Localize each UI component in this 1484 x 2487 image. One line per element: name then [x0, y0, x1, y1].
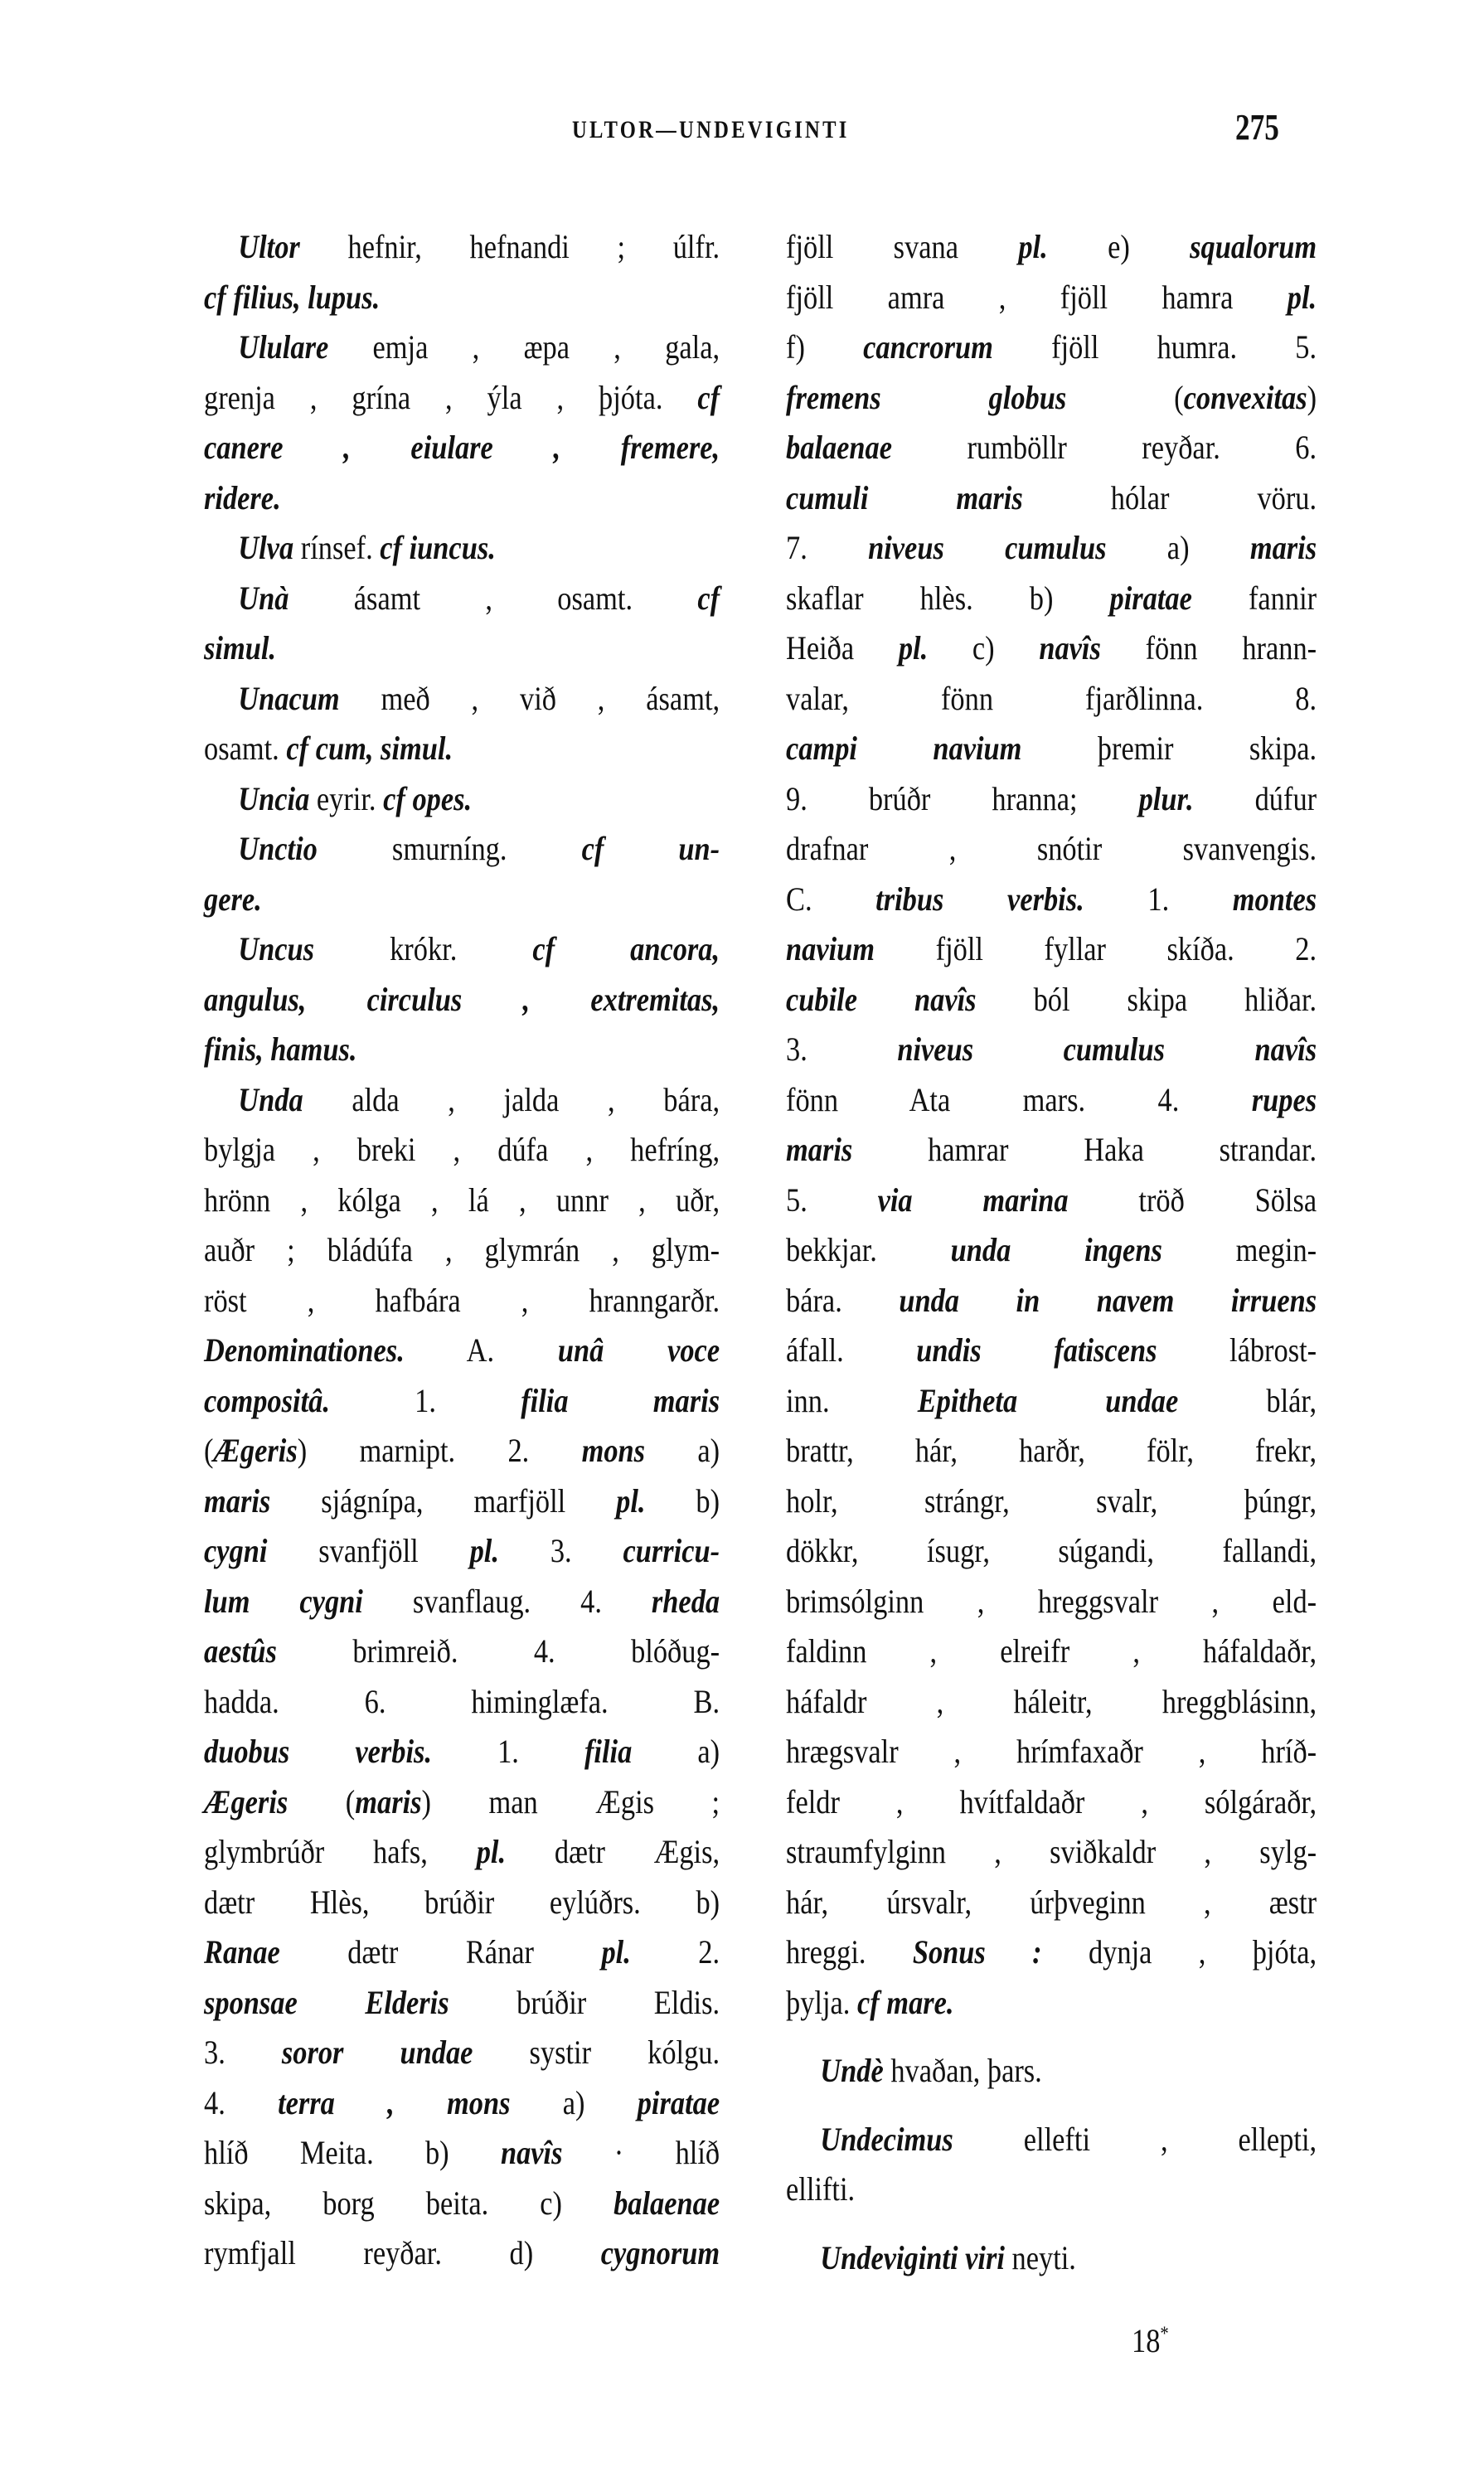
icelandic-text: skaflar hlès. b) — [786, 579, 1110, 617]
icelandic-text: a) — [510, 2084, 637, 2121]
text-line: Unda alda , jalda , bára, — [204, 1075, 720, 1126]
icelandic-text: blár, — [1178, 1382, 1317, 1419]
latin-term: piratae — [1110, 579, 1192, 617]
latin-term: cumuli maris — [786, 479, 1023, 516]
icelandic-text: fjöll amra , fjöll hamra — [786, 279, 1288, 316]
text-line: angulus, circulus , extremitas, — [204, 975, 720, 1025]
latin-term: Unà — [238, 579, 289, 617]
signature-mark: 18* — [1132, 2321, 1169, 2360]
icelandic-text: ( — [1066, 379, 1183, 416]
text-line: bylgja , breki , dúfa , hefríng, — [204, 1125, 720, 1176]
text-line: áfall. undis fatiscens lábrost- — [786, 1326, 1317, 1376]
icelandic-text: hamrar Haka strandar. — [852, 1131, 1317, 1168]
text-line: hrægsvalr , hrímfaxaðr , hríð- — [786, 1727, 1317, 1777]
text-line: canere , eiulare , fremere, — [204, 423, 720, 473]
latin-term: Unctio — [238, 830, 318, 867]
latin-term: cf ancora, — [532, 930, 720, 967]
icelandic-text: rínsef. — [293, 529, 380, 566]
icelandic-text: fjöll fyllar skíða. 2. — [875, 930, 1317, 967]
text-line: Ranae dætr Ránar pl. 2. — [204, 1927, 720, 1978]
text-line: Ulva rínsef. cf iuncus. — [204, 523, 720, 574]
text-line: campi navium þremir skipa. — [786, 724, 1317, 774]
latin-term: rupes — [1252, 1081, 1317, 1118]
text-line: balaenae rumböllr reyðar. 6. — [786, 423, 1317, 473]
right-column: fjöll svana pl. e) squalorumfjöll amra ,… — [786, 222, 1317, 2283]
latin-term: pl. — [616, 1482, 645, 1520]
icelandic-text: ellifti. — [786, 2170, 855, 2208]
text-line: maris hamrar Haka strandar. — [786, 1125, 1317, 1176]
text-line: dökkr, ísugr, súgandi, fallandi, — [786, 1526, 1317, 1577]
latin-term: filia maris — [521, 1382, 720, 1419]
icelandic-text: þylja. — [786, 1984, 857, 2021]
icelandic-text: með , við , ásamt, — [340, 680, 720, 717]
icelandic-text: megin- — [1162, 1231, 1317, 1268]
latin-term: angulus, circulus , extremitas, — [204, 981, 720, 1018]
icelandic-text: smurníng. — [318, 830, 582, 867]
latin-term: pl. — [1018, 228, 1047, 265]
latin-term: cf mare. — [857, 1984, 954, 2021]
latin-term: unda ingens — [951, 1231, 1162, 1268]
icelandic-text: inn. — [786, 1382, 918, 1419]
icelandic-text: valar, fönn fjarðlinna. 8. — [786, 680, 1317, 717]
text-line: duobus verbis. 1. filia a) — [204, 1727, 720, 1777]
icelandic-text: 3. — [204, 2034, 282, 2071]
text-line: drafnar , snótir svanvengis. — [786, 824, 1317, 875]
text-line: fönn Ata mars. 4. rupes — [786, 1075, 1317, 1126]
icelandic-text: feldr , hvítfaldaðr , sólgáraðr, — [786, 1783, 1317, 1820]
icelandic-text: hlíð Meita. b) — [204, 2134, 501, 2171]
text-line: maris sjágnípa, marfjöll pl. b) — [204, 1476, 720, 1527]
text-line: hadda. 6. himinglæfa. B. — [204, 1677, 720, 1728]
latin-term: Unda — [238, 1081, 303, 1118]
text-line: finis, hamus. — [204, 1025, 720, 1075]
icelandic-text: a) — [632, 1733, 720, 1770]
icelandic-text: hrönn , kólga , lá , unnr , uðr, — [204, 1181, 720, 1219]
text-line: simul. — [204, 623, 720, 674]
signature-number: 18 — [1132, 2322, 1160, 2359]
icelandic-text: 3. — [499, 1532, 623, 1569]
text-line: auðr ; bládúfa , glymrán , glym- — [204, 1225, 720, 1276]
text-line: cubile navîs ból skipa hliðar. — [786, 975, 1317, 1025]
icelandic-text: röst , hafbára , hranngarðr. — [204, 1282, 720, 1319]
latin-term: Sonus : — [913, 1933, 1042, 1971]
latin-term: Ultor — [238, 228, 300, 265]
latin-term: soror undae — [282, 2034, 473, 2071]
text-line: háfaldr , háleitr, hreggblásinn, — [786, 1677, 1317, 1728]
latin-term: Ranae — [204, 1933, 280, 1971]
text-line: 5. via marina tröð Sölsa — [786, 1176, 1317, 1226]
text-line: aestûs brimreið. 4. blóðug- — [204, 1626, 720, 1677]
latin-term: maris — [1250, 529, 1317, 566]
text-line: faldinn , elreifr , háfaldaðr, — [786, 1626, 1317, 1677]
text-line: brimsólginn , hreggsvalr , eld- — [786, 1577, 1317, 1627]
icelandic-text: 9. brúðr hranna; — [786, 780, 1139, 817]
latin-term: pl. — [1288, 279, 1317, 316]
latin-term: cf filius, lupus. — [204, 279, 380, 316]
icelandic-text: systir kólgu. — [473, 2034, 720, 2071]
latin-term: via marina — [878, 1181, 1069, 1219]
latin-term: undis fatiscens — [916, 1331, 1157, 1369]
latin-term: cf iuncus. — [380, 529, 496, 566]
icelandic-text: Heiða — [786, 629, 899, 667]
latin-term: pl. — [899, 629, 928, 667]
text-line: Unctio smurníng. cf un- — [204, 824, 720, 875]
text-line: fremens globus (convexitas) — [786, 373, 1317, 424]
text-line: brattr, hár, harðr, fölr, frekr, — [786, 1426, 1317, 1476]
icelandic-text: áfall. — [786, 1331, 916, 1369]
icelandic-text: dynja , þjóta, — [1042, 1933, 1317, 1971]
latin-term: Denominationes. — [204, 1331, 405, 1369]
icelandic-text: 2. — [631, 1933, 720, 1971]
icelandic-text: glymbrúðr hafs, — [204, 1833, 477, 1870]
text-line: hár, úrsvalr, úrþveginn , æstr — [786, 1878, 1317, 1928]
text-line: 9. brúðr hranna; plur. dúfur — [786, 774, 1317, 825]
icelandic-text: dætr Ránar — [280, 1933, 602, 1971]
latin-term: campi navium — [786, 730, 1021, 767]
text-line: röst , hafbára , hranngarðr. — [204, 1276, 720, 1326]
text-line: inn. Epitheta undae blár, — [786, 1376, 1317, 1427]
text-line: cumuli maris hólar vöru. — [786, 473, 1317, 524]
icelandic-text: drafnar , snótir svanvengis. — [786, 830, 1317, 867]
latin-term: Undeviginti viri — [820, 2239, 1005, 2276]
latin-term: maris — [786, 1131, 852, 1168]
latin-term: niveus cumulus — [868, 529, 1106, 566]
latin-term: squalorum — [1190, 228, 1317, 265]
latin-term: pl. — [470, 1532, 499, 1569]
text-line: bára. unda in navem irruens — [786, 1276, 1317, 1326]
icelandic-text: hefnir, hefnandi ; úlfr. — [300, 228, 720, 265]
latin-term: cf cum, simul. — [286, 730, 453, 767]
icelandic-text: ból skipa hliðar. — [977, 981, 1317, 1018]
text-line: Ululare emja , æpa , gala, — [204, 322, 720, 373]
icelandic-text: C. — [786, 880, 875, 918]
icelandic-text: 1. — [330, 1382, 521, 1419]
text-line: skipa, borg beita. c) balaenae — [204, 2179, 720, 2229]
icelandic-text: neyti. — [1005, 2239, 1076, 2276]
icelandic-text: hvaðan, þars. — [884, 2052, 1042, 2089]
text-line: dætr Hlès, brúðir eylúðrs. b) — [204, 1878, 720, 1928]
latin-term: Unacum — [238, 680, 339, 717]
text-line: 3. niveus cumulus navîs — [786, 1025, 1317, 1075]
text-line: 7. niveus cumulus a) maris — [786, 523, 1317, 574]
icelandic-text: fönn Ata mars. 4. — [786, 1081, 1252, 1118]
text-line: cygni svanfjöll pl. 3. curricu- — [204, 1526, 720, 1577]
icelandic-text: dætr Hlès, brúðir eylúðrs. b) — [204, 1883, 720, 1921]
icelandic-text: brúðir Eldis. — [449, 1984, 720, 2021]
icelandic-text: brimsólginn , hreggsvalr , eld- — [786, 1583, 1317, 1620]
latin-term: canere , eiulare , fremere, — [204, 429, 720, 466]
latin-term: cf — [697, 579, 720, 617]
latin-term: aestûs — [204, 1632, 277, 1670]
icelandic-text: e) — [1048, 228, 1190, 265]
latin-term: lum cygni — [204, 1583, 363, 1620]
latin-term: montes — [1233, 880, 1317, 918]
text-line: 4. terra , mons a) piratae — [204, 2078, 720, 2129]
latin-term: Uncia — [238, 780, 309, 817]
latin-term: compositâ. — [204, 1382, 330, 1419]
latin-term: tribus verbis. — [875, 880, 1084, 918]
icelandic-text: ) man Ægis ; — [422, 1783, 720, 1820]
text-line: Undecimus ellefti , ellepti, — [786, 2115, 1317, 2165]
icelandic-text: 1. — [432, 1733, 584, 1770]
icelandic-text: svanfjöll — [267, 1532, 469, 1569]
icelandic-text: b) — [646, 1482, 720, 1520]
text-line: lum cygni svanflaug. 4. rheda — [204, 1577, 720, 1627]
icelandic-text: skipa, borg beita. c) — [204, 2184, 613, 2222]
latin-term: unda in navem irruens — [899, 1282, 1317, 1319]
latin-term: balaenae — [613, 2184, 720, 2222]
text-line: grenja , grína , ýla , þjóta. cf — [204, 373, 720, 424]
icelandic-text: 3. — [786, 1030, 897, 1068]
icelandic-text: krókr. — [314, 930, 532, 967]
text-line: hlíð Meita. b) navîs · hlíð — [204, 2128, 720, 2179]
text-line: Unacum með , við , ásamt, — [204, 674, 720, 725]
icelandic-text: hreggi. — [786, 1933, 913, 1971]
latin-term: ridere. — [204, 479, 281, 516]
icelandic-text: tröð Sölsa — [1069, 1181, 1317, 1219]
latin-term: Ulva — [238, 529, 293, 566]
latin-term: convexitas — [1184, 379, 1307, 416]
latin-term: Ægeris — [204, 1783, 288, 1820]
icelandic-text: dætr Ægis, — [506, 1833, 720, 1870]
icelandic-text: brimreið. 4. blóðug- — [277, 1632, 720, 1670]
latin-term: gere. — [204, 880, 262, 918]
icelandic-text: eyrir. — [309, 780, 383, 817]
icelandic-text: c) — [928, 629, 1039, 667]
icelandic-text: fjöll svana — [786, 228, 1018, 265]
icelandic-text: bára. — [786, 1282, 899, 1319]
latin-term: niveus cumulus navîs — [897, 1030, 1317, 1068]
icelandic-text: a) — [645, 1432, 720, 1469]
running-head: ULTOR—UNDEVIGINTI — [572, 116, 980, 144]
text-line: osamt. cf cum, simul. — [204, 724, 720, 774]
latin-term: navîs — [1039, 629, 1101, 667]
text-line: cf filius, lupus. — [204, 273, 720, 323]
icelandic-text: brattr, hár, harðr, fölr, frekr, — [786, 1432, 1317, 1469]
text-line: 3. soror undae systir kólgu. — [204, 2028, 720, 2078]
text-line: fjöll svana pl. e) squalorum — [786, 222, 1317, 273]
latin-term: cygni — [204, 1532, 267, 1569]
text-line: ellifti. — [786, 2165, 1317, 2215]
icelandic-text: hólar vöru. — [1023, 479, 1317, 516]
icelandic-text: ( — [288, 1783, 355, 1820]
icelandic-text: rumböllr reyðar. 6. — [892, 429, 1317, 466]
text-line: Heiða pl. c) navîs fönn hrann- — [786, 623, 1317, 674]
latin-term: Epitheta undae — [918, 1382, 1179, 1419]
icelandic-text: holr, strángr, svalr, þúngr, — [786, 1482, 1317, 1520]
icelandic-text: A. — [405, 1331, 558, 1369]
latin-term: Uncus — [238, 930, 314, 967]
latin-term: cf opes. — [383, 780, 472, 817]
latin-term: fremens globus — [786, 379, 1066, 416]
icelandic-text: fannir — [1192, 579, 1317, 617]
icelandic-text: 4. — [204, 2084, 278, 2121]
text-line: rymfjall reyðar. d) cygnorum — [204, 2228, 720, 2279]
icelandic-text: grenja , grína , ýla , þjóta. — [204, 379, 697, 416]
icelandic-text: auðr ; bládúfa , glymrán , glym- — [204, 1231, 720, 1268]
latin-term: filia — [584, 1733, 632, 1770]
text-line: skaflar hlès. b) piratae fannir — [786, 574, 1317, 624]
latin-term: duobus verbis. — [204, 1733, 432, 1770]
icelandic-text: emja , æpa , gala, — [328, 328, 720, 366]
latin-term: cf — [697, 379, 720, 416]
icelandic-text: a) — [1107, 529, 1250, 566]
text-line: bekkjar. unda ingens megin- — [786, 1225, 1317, 1276]
icelandic-text: háfaldr , háleitr, hreggblásinn, — [786, 1683, 1317, 1720]
icelandic-text: hrægsvalr , hrímfaxaðr , hríð- — [786, 1733, 1317, 1770]
latin-term: unâ voce — [558, 1331, 720, 1369]
text-line: Denominationes. A. unâ voce — [204, 1326, 720, 1376]
latin-term: sponsae Elderis — [204, 1984, 449, 2021]
text-line: valar, fönn fjarðlinna. 8. — [786, 674, 1317, 725]
icelandic-text: f) — [786, 328, 863, 366]
icelandic-text: straumfylginn , sviðkaldr , sylg- — [786, 1833, 1317, 1870]
icelandic-text: alda , jalda , bára, — [303, 1081, 720, 1118]
latin-term: cygnorum — [601, 2234, 720, 2271]
text-line: (Ægeris) marnipt. 2. mons a) — [204, 1426, 720, 1476]
icelandic-text: 5. — [786, 1181, 878, 1219]
icelandic-text: dúfur — [1194, 780, 1317, 817]
latin-term: rheda — [652, 1583, 720, 1620]
latin-term: Undecimus — [820, 2121, 953, 2158]
icelandic-text: ) marnipt. 2. — [298, 1432, 582, 1469]
text-line: Ultor hefnir, hefnandi ; úlfr. — [204, 222, 720, 273]
latin-term: navium — [786, 930, 875, 967]
latin-term: balaenae — [786, 429, 892, 466]
latin-term: terra , mons — [278, 2084, 510, 2121]
latin-term: Ægeris — [213, 1432, 297, 1469]
icelandic-text: dökkr, ísugr, súgandi, fallandi, — [786, 1532, 1317, 1569]
text-line: holr, strángr, svalr, þúngr, — [786, 1476, 1317, 1527]
text-line: hrönn , kólga , lá , unnr , uðr, — [204, 1176, 720, 1226]
icelandic-text: faldinn , elreifr , háfaldaðr, — [786, 1632, 1317, 1670]
text-line: Ægeris (maris) man Ægis ; — [204, 1777, 720, 1828]
text-line: fjöll amra , fjöll hamra pl. — [786, 273, 1317, 323]
text-line: compositâ. 1. filia maris — [204, 1376, 720, 1427]
latin-term: simul. — [204, 629, 276, 667]
latin-term: piratae — [638, 2084, 720, 2121]
text-line: C. tribus verbis. 1. montes — [786, 875, 1317, 925]
icelandic-text: bylgja , breki , dúfa , hefríng, — [204, 1131, 720, 1168]
icelandic-text: ) — [1307, 379, 1317, 416]
latin-term: mons — [582, 1432, 645, 1469]
left-column: Ultor hefnir, hefnandi ; úlfr.cf filius,… — [204, 222, 720, 2279]
icelandic-text: · hlíð — [562, 2134, 720, 2171]
text-line: þylja. cf mare. — [786, 1978, 1317, 2029]
text-line: straumfylginn , sviðkaldr , sylg- — [786, 1827, 1317, 1878]
icelandic-text: 1. — [1084, 880, 1233, 918]
text-line: gere. — [204, 875, 720, 925]
text-line: Uncus krókr. cf ancora, — [204, 924, 720, 975]
page-number: 275 — [1235, 106, 1279, 148]
text-line: Uncia eyrir. cf opes. — [204, 774, 720, 825]
icelandic-text: þremir skipa. — [1021, 730, 1317, 767]
icelandic-text: svanflaug. 4. — [363, 1583, 652, 1620]
icelandic-text: 7. — [786, 529, 868, 566]
icelandic-text: bekkjar. — [786, 1231, 951, 1268]
icelandic-text: rymfjall reyðar. d) — [204, 2234, 601, 2271]
text-line: glymbrúðr hafs, pl. dætr Ægis, — [204, 1827, 720, 1878]
latin-term: cubile navîs — [786, 981, 977, 1018]
icelandic-text: ( — [204, 1432, 213, 1469]
text-line: sponsae Elderis brúðir Eldis. — [204, 1978, 720, 2029]
text-line: Unà ásamt , osamt. cf — [204, 574, 720, 624]
text-line: hreggi. Sonus : dynja , þjóta, — [786, 1927, 1317, 1978]
icelandic-text: osamt. — [204, 730, 286, 767]
latin-term: pl. — [601, 1933, 630, 1971]
icelandic-text: fönn hrann- — [1101, 629, 1317, 667]
signature-star: * — [1160, 2324, 1168, 2345]
icelandic-text: ásamt , osamt. — [289, 579, 697, 617]
latin-term: cf un- — [582, 830, 720, 867]
icelandic-text: sjágnípa, marfjöll — [270, 1482, 616, 1520]
icelandic-text: ellefti , ellepti, — [953, 2121, 1317, 2158]
text-line: ridere. — [204, 473, 720, 524]
latin-term: cancrorum — [863, 328, 993, 366]
text-line: navium fjöll fyllar skíða. 2. — [786, 924, 1317, 975]
latin-term: maris — [355, 1783, 421, 1820]
latin-term: curricu- — [623, 1532, 720, 1569]
latin-term: maris — [204, 1482, 270, 1520]
icelandic-text: hár, úrsvalr, úrþveginn , æstr — [786, 1883, 1317, 1921]
text-line: Undeviginti viri neyti. — [786, 2233, 1317, 2284]
latin-term: Undè — [820, 2052, 883, 2089]
latin-term: pl. — [477, 1833, 506, 1870]
latin-term: navîs — [501, 2134, 563, 2171]
latin-term: Ululare — [238, 328, 328, 366]
icelandic-text: fjöll humra. 5. — [993, 328, 1317, 366]
text-line: Undè hvaðan, þars. — [786, 2046, 1317, 2097]
text-line: f) cancrorum fjöll humra. 5. — [786, 322, 1317, 373]
latin-term: plur. — [1139, 780, 1194, 817]
icelandic-text: lábrost- — [1157, 1331, 1317, 1369]
icelandic-text: hadda. 6. himinglæfa. B. — [204, 1683, 720, 1720]
latin-term: finis, hamus. — [204, 1030, 356, 1068]
text-line: feldr , hvítfaldaðr , sólgáraðr, — [786, 1777, 1317, 1828]
